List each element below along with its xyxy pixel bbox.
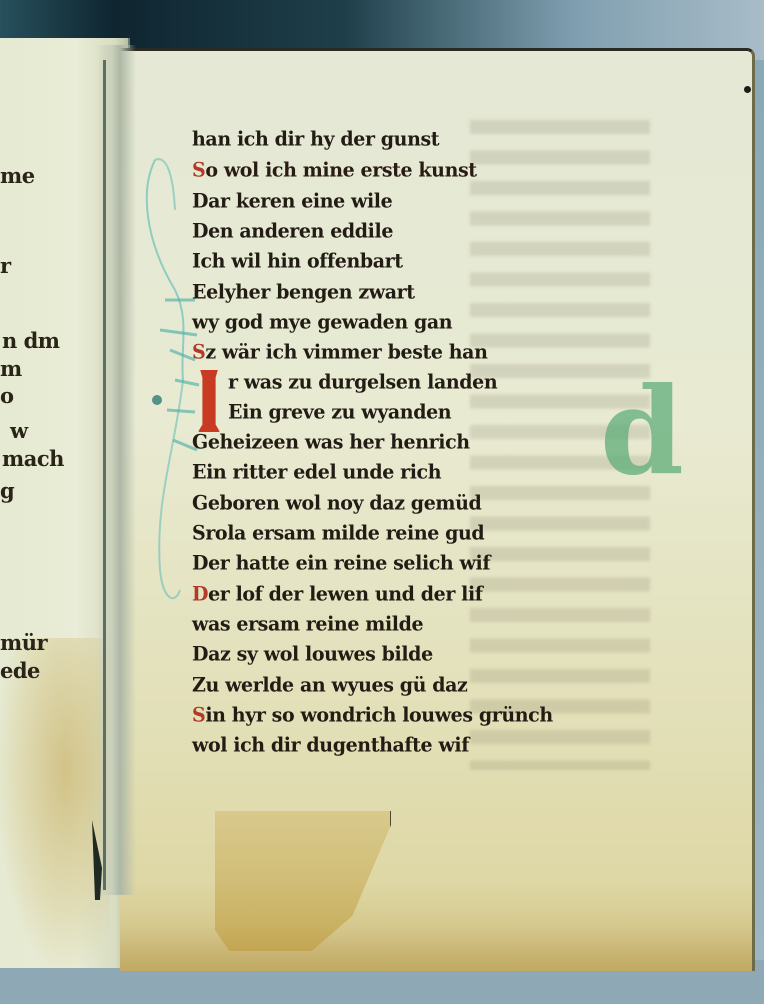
text-line: Daz sy wol louwes bilde: [192, 642, 433, 665]
rubric-letter: D: [192, 582, 208, 605]
text-line: Eelyher bengen zwart: [192, 280, 415, 303]
left-line-fragment: m: [0, 356, 22, 381]
text-line: Geheizeen was her henrich: [192, 430, 470, 453]
text-line: Ein greve zu wyanden: [228, 400, 451, 423]
text-line: Sz wär ich vimmer beste han: [192, 340, 488, 363]
text-line: Dar keren eine wile: [192, 189, 392, 212]
rubric-letter: S: [192, 703, 205, 726]
text-line: Der hatte ein reine selich wif: [192, 551, 490, 574]
left-line-fragment: n dm: [2, 328, 59, 353]
text-line: Sin hyr so wondrich louwes grünch: [192, 703, 553, 726]
text-line: Zu werlde an wyues gü daz: [192, 673, 467, 696]
text-line: Ein ritter edel unde rich: [192, 460, 441, 483]
gutter-shadow: [103, 60, 106, 890]
text-line: Geboren wol noy daz gemüd: [192, 491, 481, 514]
text-line: Der lof der lewen und der lif: [192, 582, 483, 605]
book-gutter: [96, 45, 136, 895]
left-line-fragment: g: [0, 478, 14, 503]
text-line: Den anderen eddile: [192, 219, 393, 242]
text-line: Ich wil hin offenbart: [192, 249, 403, 272]
left-line-fragment: mach: [2, 446, 64, 471]
offset-initial-d: d: [600, 372, 684, 492]
text-line: wy god mye gewaden gan: [192, 310, 452, 333]
text-line: r was zu durgelsen landen: [228, 370, 497, 393]
left-line-fragment: w: [10, 418, 28, 443]
left-line-fragment: r: [0, 253, 11, 278]
text-line: wol ich dir dugenthafte wif: [192, 733, 469, 756]
rubric-letter: S: [192, 340, 205, 363]
left-line-fragment: ede: [0, 658, 40, 683]
left-line-fragment: me: [0, 163, 35, 188]
text-line: Srola ersam milde reine gud: [192, 521, 484, 544]
left-line-fragment: o: [0, 383, 14, 408]
text-line: han ich dir hy der gunst: [192, 127, 439, 150]
page-mark: [744, 86, 751, 93]
text-line: So wol ich mine erste kunst: [192, 158, 477, 181]
rubric-letter: S: [192, 158, 205, 181]
text-line: was ersam reine milde: [192, 612, 423, 635]
water-stain: [120, 881, 752, 971]
left-line-fragment: mür: [0, 630, 47, 655]
